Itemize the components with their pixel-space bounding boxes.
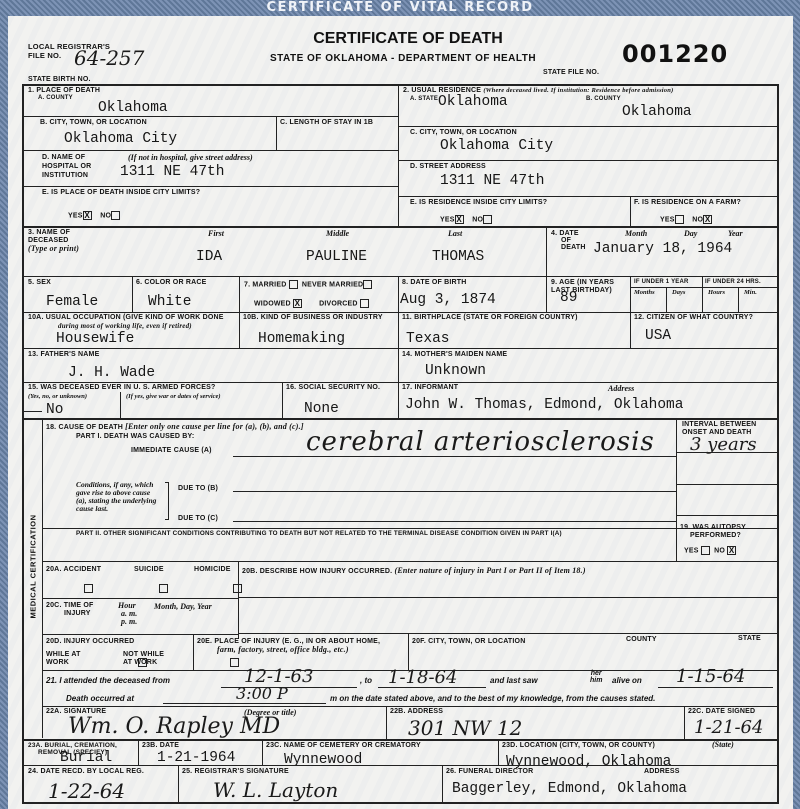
first-name: IDA <box>196 249 222 265</box>
accident-label: 20a. ACCIDENT <box>46 566 101 573</box>
father-label: 13. FATHER'S NAME <box>28 351 99 358</box>
suicide-checkbox[interactable] <box>159 584 168 593</box>
injury-occurred-label: 20d. INJURY OCCURRED <box>46 638 134 645</box>
state-file-no: 001220 <box>622 40 728 68</box>
burial-method: Burial <box>60 750 112 766</box>
hours-label: Hours <box>708 289 725 296</box>
cemetery-location-label: 23d. LOCATION (City, town, or county) <box>502 742 655 749</box>
middle-name-label: Middle <box>326 229 349 238</box>
injury-county-label: COUNTY <box>626 636 657 643</box>
to-label: , to <box>360 676 372 685</box>
date-received: 1-22-64 <box>48 779 125 803</box>
vital-record-banner: CERTIFICATE OF VITAL RECORD <box>0 0 800 16</box>
under-1-year-label: IF UNDER 1 YEAR <box>634 279 689 285</box>
res-inside-city-options: YES NO <box>440 215 492 224</box>
pod-hospital: 1311 NE 47th <box>120 164 224 180</box>
death-occurred-label: Death occurred at <box>66 694 134 703</box>
pod-inside-city-no-checkbox[interactable] <box>111 211 120 220</box>
res-inside-city-no-checkbox[interactable] <box>483 215 492 224</box>
conditions-hint: Conditions, if any, which gave rise to a… <box>76 481 162 513</box>
funeral-director-label: 26. FUNERAL DIRECTOR <box>446 768 533 775</box>
death-occurred-suffix: m on the date stated above, and to the b… <box>330 694 655 703</box>
state-file-no-label: STATE FILE NO. <box>543 69 599 76</box>
occupation-label: 10a. USUAL OCCUPATION (Give kind of work… <box>28 314 224 330</box>
autopsy-options: YES NO <box>684 546 736 555</box>
pod-county-label: a. COUNTY <box>38 95 73 101</box>
industry-label: 10b. KIND OF BUSINESS OR INDUSTRY <box>243 314 383 321</box>
res-state-label: a. STATE <box>410 96 438 102</box>
armed-forces-hint: (Yes, no, or unknown) <box>28 393 87 400</box>
birthplace-label: 11. BIRTHPLACE (State or foreign country… <box>402 314 578 321</box>
res-county: Oklahoma <box>622 104 692 120</box>
injury-location-label: 20f. CITY, TOWN, OR LOCATION <box>412 638 525 645</box>
divorced-checkbox[interactable] <box>360 299 369 308</box>
part1-label: PART I. DEATH WAS CAUSED BY: <box>76 433 194 440</box>
days-label: Days <box>672 289 685 296</box>
last-name-label: Last <box>448 229 462 238</box>
month-label: Month <box>625 229 647 238</box>
last-saw-label: and last saw <box>490 676 538 685</box>
certificate-subtitle: STATE OF OKLAHOMA - DEPARTMENT OF HEALTH <box>218 53 588 64</box>
cemetery-label: 23c. NAME OF CEMETERY OR CREMATORY <box>266 742 421 749</box>
armed-forces: No <box>46 402 63 418</box>
cause-of-death-label: 18. CAUSE OF DEATH [Enter only one cause… <box>46 422 304 431</box>
alive-on-label: alive on <box>612 676 642 685</box>
date-received-label: 24. DATE RECD. BY LOCAL REG. <box>28 768 144 775</box>
date-signed-label: 22c. DATE SIGNED <box>688 708 755 715</box>
race: White <box>148 294 192 310</box>
res-county-label: b. COUNTY <box>586 96 621 102</box>
res-on-farm-label: f. IS RESIDENCE ON A FARM? <box>634 199 741 206</box>
pod-length-of-stay-label: c. LENGTH OF STAY IN 1b <box>280 119 373 126</box>
immediate-cause: cerebral arteriosclerosis <box>306 427 655 457</box>
funeral-address-label: ADDRESS <box>644 768 680 775</box>
while-at-work-label: WHILE AT WORK <box>46 651 81 667</box>
attended-to: 1-18-64 <box>388 667 457 688</box>
mother-maiden-name: Unknown <box>425 363 486 379</box>
never-married-checkbox[interactable] <box>363 280 372 289</box>
pod-hospital-hint: (If not in hospital, give street address… <box>128 153 253 162</box>
pod-hospital-label: d. NAME OF HOSPITAL OR INSTITUTION <box>42 153 91 180</box>
physician-address: 301 NW 12 <box>408 716 522 740</box>
burial-date: 1-21-1964 <box>157 750 235 766</box>
cemetery-state-label: (State) <box>712 740 734 749</box>
due-to-c-label: DUE TO (c) <box>178 515 218 522</box>
autopsy-no-checkbox[interactable] <box>727 546 736 555</box>
res-city-label: c. CITY, TOWN, OR LOCATION <box>410 129 517 136</box>
funeral-director: Baggerley, Edmond, Oklahoma <box>452 781 687 797</box>
autopsy-label: 19. WAS AUTOPSY PERFORMED? <box>680 524 746 540</box>
attended-label: 21. I attended the deceased from <box>46 676 170 685</box>
day-label: Day <box>684 229 697 238</box>
res-street: 1311 NE 47th <box>440 173 544 189</box>
sex-label: 5. SEX <box>28 279 51 286</box>
homicide-label: HOMICIDE <box>194 566 231 573</box>
local-registrar-file-no: 64-257 <box>74 46 144 70</box>
not-at-work-label: NOT WHILE AT WORK <box>123 651 164 667</box>
registrar-signature-label: 25. REGISTRAR'S SIGNATURE <box>182 768 289 775</box>
pod-county: Oklahoma <box>98 100 168 116</box>
res-state: Oklahoma <box>438 94 508 110</box>
dob-label: 8. DATE OF BIRTH <box>402 279 467 286</box>
middle-name: PAULINE <box>306 249 367 265</box>
place-of-injury-label: 20e. PLACE OF INJURY (e. g., in or about… <box>197 638 380 654</box>
months-label: Months <box>634 289 655 296</box>
father-name: J. H. Wade <box>68 365 155 381</box>
social-security-no: None <box>304 401 339 417</box>
res-on-farm-yes-checkbox[interactable] <box>675 215 684 224</box>
medical-certification-label: MEDICAL CERTIFICATION <box>29 497 38 637</box>
under-24-hrs-label: IF UNDER 24 HRS. <box>705 279 761 285</box>
res-city: Oklahoma City <box>440 138 553 154</box>
industry: Homemaking <box>258 331 345 347</box>
place-of-death-label: 1. PLACE OF DEATH <box>28 87 100 94</box>
last-saw-alive-date: 1-15-64 <box>676 666 745 687</box>
widowed-checkbox[interactable] <box>293 299 302 308</box>
not-at-work-checkbox[interactable] <box>230 658 239 667</box>
her-him-label: her him <box>590 670 602 684</box>
last-name: THOMAS <box>432 249 484 265</box>
informant-label: 17. INFORMANT <box>402 384 458 391</box>
death-certificate: LOCAL REGISTRAR'S FILE NO. 64-257 STATE … <box>8 16 793 809</box>
age: 89 <box>560 290 577 306</box>
physician-signature: Wm. O. Rapley MD <box>68 714 280 739</box>
armed-forces-war-hint: (If yes, give war or dates of service) <box>126 393 221 400</box>
married-checkbox[interactable] <box>289 280 298 289</box>
pod-city: Oklahoma City <box>64 131 177 147</box>
res-inside-city-yes-checkbox[interactable] <box>455 215 464 224</box>
res-inside-city-label: e. IS RESIDENCE INSIDE CITY LIMITS? <box>410 199 547 206</box>
death-time: 3:00 P <box>236 684 288 703</box>
first-name-label: First <box>208 229 224 238</box>
pod-inside-city-options: YES NO <box>68 211 120 220</box>
informant: John W. Thomas, Edmond, Oklahoma <box>405 397 683 413</box>
injury-state-label: STATE <box>738 635 761 642</box>
informant-address-label: Address <box>608 384 634 393</box>
occupation: Housewife <box>56 331 134 347</box>
marital-row-1: 7. MARRIED NEVER MARRIED <box>244 280 372 289</box>
pod-inside-city-yes-checkbox[interactable] <box>83 211 92 220</box>
registrar-signature: W. L. Layton <box>213 778 338 802</box>
marital-row-2: WIDOWED DIVORCED <box>254 299 369 308</box>
deceased-name-label: 3. NAME OF DECEASED (Type or print) <box>28 229 79 253</box>
immediate-cause-label: IMMEDIATE CAUSE (a) <box>131 447 212 454</box>
usual-residence-label: 2. USUAL RESIDENCE (Where deceased lived… <box>403 87 673 94</box>
mother-label: 14. MOTHER'S MAIDEN NAME <box>402 351 507 358</box>
armed-forces-label: 15. WAS DECEASED EVER IN U. S. ARMED FOR… <box>28 384 215 391</box>
physician-address-label: 22b. ADDRESS <box>390 708 443 715</box>
burial-date-label: 23b. DATE <box>142 742 179 749</box>
part2-label: PART II. OTHER SIGNIFICANT CONDITIONS CO… <box>76 530 562 537</box>
pod-inside-city-label: e. IS PLACE OF DEATH INSIDE CITY LIMITS? <box>42 189 200 196</box>
res-on-farm-no-checkbox[interactable] <box>703 215 712 224</box>
suicide-label: SUICIDE <box>134 566 164 573</box>
autopsy-yes-checkbox[interactable] <box>701 546 710 555</box>
month-day-year-label: Month, Day, Year <box>154 602 212 611</box>
date-of-death: January 18, 1964 <box>593 241 732 257</box>
date-of-birth: Aug 3, 1874 <box>400 292 496 308</box>
min-label: Min. <box>744 289 757 296</box>
state-birth-no-label: STATE BIRTH NO. <box>28 76 91 83</box>
sex: Female <box>46 294 98 310</box>
describe-injury-label: 20b. DESCRIBE HOW INJURY OCCURRED. (Ente… <box>242 566 586 575</box>
res-on-farm-options: YES NO <box>660 215 712 224</box>
hour-label: Hour a. m. p. m. <box>118 602 137 626</box>
res-street-label: d. STREET ADDRESS <box>410 163 486 170</box>
pod-city-label: b. CITY, TOWN, OR LOCATION <box>40 119 147 126</box>
time-of-injury-label: 20c. TIME OF INJURY <box>46 602 94 618</box>
year-label: Year <box>728 229 743 238</box>
birthplace: Texas <box>406 331 450 347</box>
medical-certification-side: MEDICAL CERTIFICATION <box>22 411 42 741</box>
date-of-death-label: 4. DATE OF DEATH <box>551 230 586 251</box>
due-to-b-label: DUE TO (b) <box>178 485 218 492</box>
citizen-label: 12. CITIZEN OF WHAT COUNTRY? <box>634 314 753 321</box>
ssn-label: 16. SOCIAL SECURITY NO. <box>286 384 380 391</box>
race-label: 6. COLOR OR RACE <box>136 279 206 286</box>
date-signed: 1-21-64 <box>694 717 763 738</box>
accident-checkbox[interactable] <box>84 584 93 593</box>
certificate-title: CERTIFICATE OF DEATH <box>258 30 558 48</box>
citizen: USA <box>645 328 671 344</box>
